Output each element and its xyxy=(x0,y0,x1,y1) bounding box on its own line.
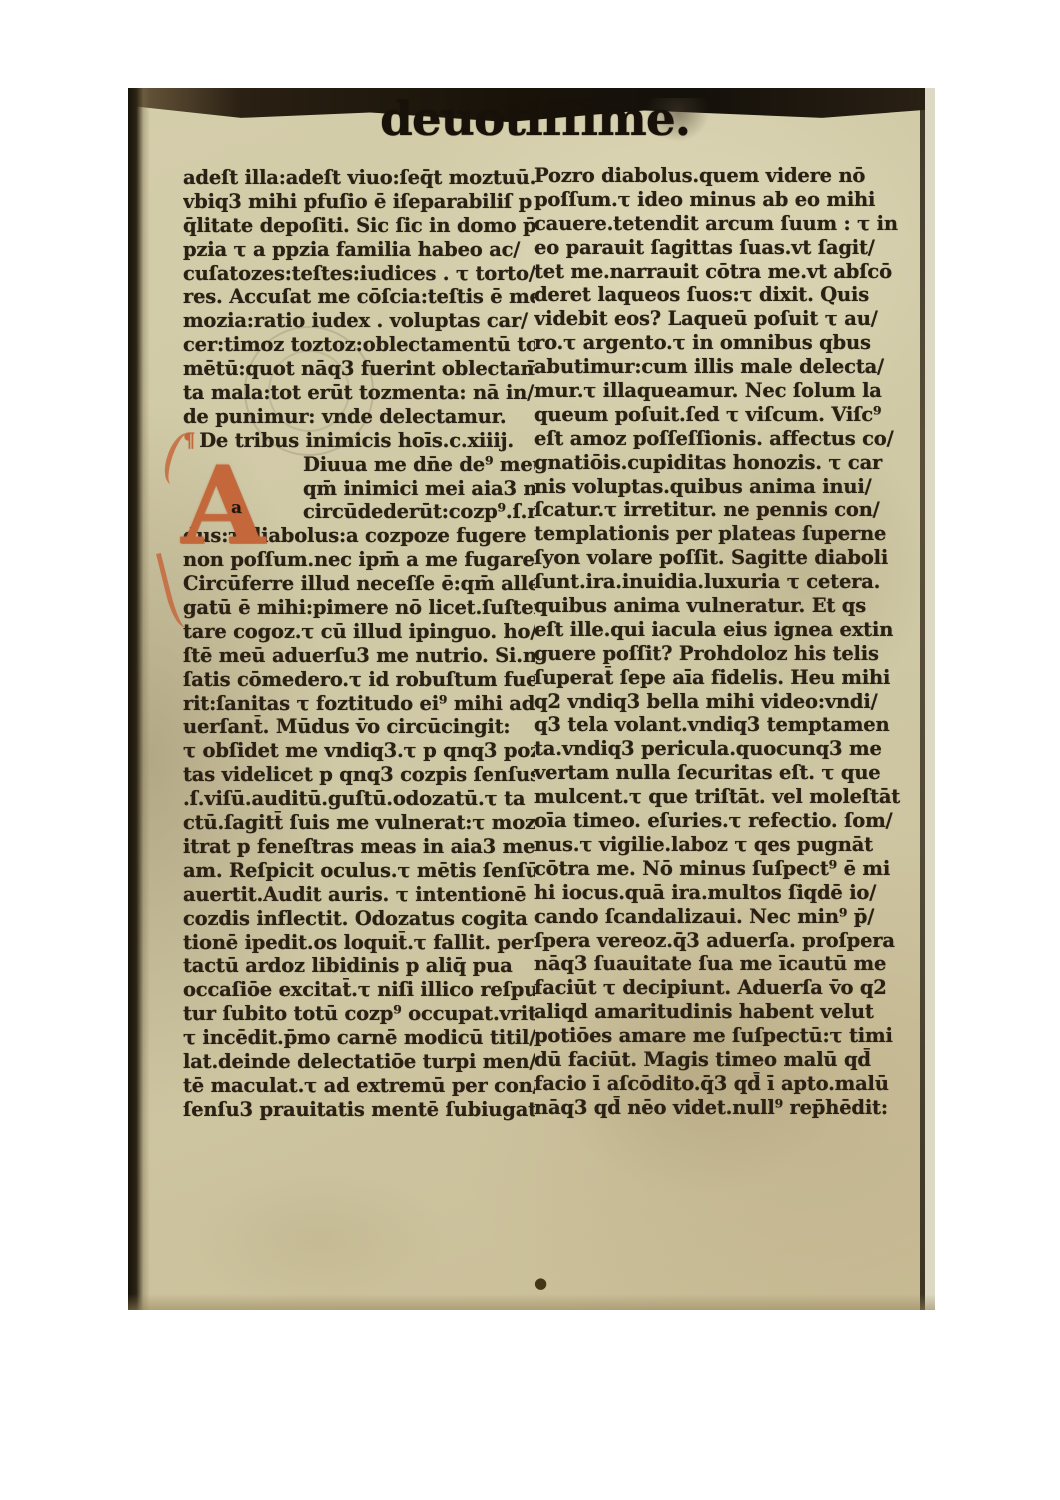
drop-cap-initial: A a xyxy=(181,454,299,572)
text-line: aliqd amaritudinis habent velut xyxy=(534,1000,908,1024)
left-paragraph-1: adeſt illa:adeſt viuo:ſeq̄t moztuū.vbiq3… xyxy=(183,166,535,429)
drop-cap-letter: A xyxy=(181,443,265,569)
text-line: Pozro diabolus.quem videre nō xyxy=(534,164,908,188)
text-line: Circūferre illud neceſſe ē:qm̄ alle/ xyxy=(183,572,535,596)
text-line: videbit eos? Laqueū poſuit τ au/ xyxy=(534,307,908,331)
text-line: ſunt.ira.inuidia.luxuria τ cetera. xyxy=(534,570,908,594)
text-line: ctū.ſagitt̄ ſuis me vulnerat:τ mozs xyxy=(183,811,535,835)
text-line: ſyon volare poſſit. Sagitte diaboli xyxy=(534,546,908,570)
text-line: pzia τ a ppzia familia habeo ac/ xyxy=(183,238,535,262)
text-line: q2 vndiq3 bella mihi video:vndi/ xyxy=(534,690,908,714)
text-line: facio ī aſcōdito.q̄3 qd̄ ī apto.malū xyxy=(534,1072,908,1096)
text-line: abutimur:cum illis male delecta/ xyxy=(534,355,908,379)
text-line: q3 tela volant.vndiq3 temptamen xyxy=(534,713,908,737)
text-line: quibus anima vulneratur. Et qs xyxy=(534,594,908,618)
text-line: res. Accuſat me cōſcia:teſtis ē me xyxy=(183,285,535,309)
text-line: .ſ.viſū.auditū.guſtū.odozatū.τ ta xyxy=(183,787,535,811)
text-line: de punimur: vnde delectamur. xyxy=(183,405,535,429)
text-line: cer:timoz toztoz:oblectamentū toz xyxy=(183,333,535,357)
text-line: tur ſubito totū cozp⁹ occupat.vrit xyxy=(183,1002,535,1026)
guide-letter: a xyxy=(231,500,242,517)
right-text-column: Pozro diabolus.quem videre nōpoſſum.τ id… xyxy=(534,164,908,1164)
text-line: itrat p feneſtras meas in aia3 me/ xyxy=(183,835,535,859)
text-line: ſpera vereoz.q̄3 aduerſa. proſpera xyxy=(534,929,908,953)
text-line: uerſant̄. Mūdus v̄o circūcingit: xyxy=(183,715,535,739)
text-line: ro.τ argento.τ in omnibus qbus xyxy=(534,331,908,355)
text-line: mur.τ illaqueamur. Nec ſolum la xyxy=(534,379,908,403)
text-line: cauere.tetendit arcum ſuum : τ in xyxy=(534,212,908,236)
left-paragraph-2: dus:τ diabolus:a cozpoze fugerenon poſſu… xyxy=(183,524,535,1121)
text-line: auertit.Audit auris. τ intentionē xyxy=(183,883,535,907)
paper-stain xyxy=(188,1168,448,1308)
left-text-column: adeſt illa:adeſt viuo:ſeq̄t moztuū.vbiq3… xyxy=(183,166,535,1166)
text-line: adeſt illa:adeſt viuo:ſeq̄t moztuū. xyxy=(183,166,535,190)
text-line: eo parauit ſagittas ſuas.vt ſagit/ xyxy=(534,236,908,260)
text-line: cuſatozes:teſtes:iudices . τ torto/ xyxy=(183,262,535,286)
text-line: rit:ſanitas τ foztitudo ei⁹ mihi ad xyxy=(183,692,535,716)
text-line: vbiq3 mihi pfuſio ē iſeparabiliſ p xyxy=(183,190,535,214)
page-header-title: deuotiſſime. xyxy=(380,92,710,150)
book-page-photo: deuotiſſime. adeſt illa:adeſt viuo:ſeq̄t… xyxy=(128,88,935,1310)
printer-dot: ● xyxy=(534,1276,548,1290)
text-line: eſt amoz poſſeſſionis. affectus co/ xyxy=(534,427,908,451)
text-line: deret laqueos ſuos:τ dixit. Quis xyxy=(534,283,908,307)
text-line: tas videlicet p qnq3 cozpis ſenſus xyxy=(183,763,535,787)
text-line: nus.τ vigilie.laboz τ qes pugnāt xyxy=(534,833,908,857)
text-line: nāq3 ſuauitate ſua me īcautū me xyxy=(534,952,908,976)
text-line: vertam nulla ſecuritas eſt. τ que xyxy=(534,761,908,785)
binding-shadow xyxy=(128,88,150,1310)
text-line: cando ſcandalizaui. Nec min⁹ p̄/ xyxy=(534,905,908,929)
text-line: eſt ille.qui iacula eius ignea extin xyxy=(534,618,908,642)
text-line: ſuperat̄ ſepe aīa fidelis. Heu mihi xyxy=(534,666,908,690)
text-line: dū faciūt. Magis timeo malū qd̄ xyxy=(534,1048,908,1072)
text-line: hi iocus.quā ira.multos ſiqdē io/ xyxy=(534,881,908,905)
text-line: tionē ipedit.os loquit̄.τ fallit. per xyxy=(183,931,535,955)
text-line: tare cogoz.τ cū illud ipinguo. ho/ xyxy=(183,620,535,644)
text-line: faciūt τ decipiunt. Aduerſa v̄o q2 xyxy=(534,976,908,1000)
text-line: nis voluptas.quibus anima inui/ xyxy=(534,475,908,499)
text-line: ſenſu3 prauitatis mentē ſubiugat. xyxy=(183,1098,535,1122)
text-line: τ incēdit.p̄mo carnē modicū titil/ xyxy=(183,1026,535,1050)
text-line: ſcatur.τ irretitur. ne pennis con/ xyxy=(534,498,908,522)
text-line: guere poſſit? Prohdoloz his telis xyxy=(534,642,908,666)
text-line: tē maculat.τ ad extremū per con/ xyxy=(183,1074,535,1098)
text-line: ta.vndiq3 pericula.quocunq3 me xyxy=(534,737,908,761)
text-line: ta mala:tot erūt tozmenta: nā in/ xyxy=(183,381,535,405)
screenshot-canvas: deuotiſſime. adeſt illa:adeſt viuo:ſeq̄t… xyxy=(0,0,1060,1500)
text-line: oīa timeo. eſuries.τ refectio. ſom/ xyxy=(534,809,908,833)
text-line: gnatiōis.cupiditas honozis. τ car xyxy=(534,451,908,475)
text-line: poſſum.τ ideo minus ab eo mihi xyxy=(534,188,908,212)
text-line: ſtē meū aduerſu3 me nutrio. Si.n. xyxy=(183,644,535,668)
text-line: mozia:ratio iudex . voluptas car/ xyxy=(183,309,535,333)
text-line: templationis per plateas ſuperne xyxy=(534,522,908,546)
text-line: gatū ē mihi:pimere nō licet.ſuſten xyxy=(183,596,535,620)
text-line: τ obſidet me vndiq3.τ p qnq3 poz xyxy=(183,739,535,763)
text-line: mētū:quot nāq3 fuerint oblectam̄ xyxy=(183,357,535,381)
text-line: queum poſuit.ſed τ viſcum. Viſc⁹ xyxy=(534,403,908,427)
text-line: cozdis inflectit. Odozatus cogita xyxy=(183,907,535,931)
text-line: occaſiōe excitat̄.τ niſi illico reſpua xyxy=(183,978,535,1002)
text-line: nāq3 qd̄ nēo videt.null⁹ rep̄hēdit: xyxy=(534,1096,908,1120)
text-line: mulcent.τ que triſtāt. vel moleſtāt xyxy=(534,785,908,809)
text-line: tactū ardoz libidinis p aliq̄ pua xyxy=(183,954,535,978)
text-line: tet me.narrauit cōtra me.vt abſcō xyxy=(534,260,908,284)
text-line: ſatis cōmedero.τ id robuſtum fue xyxy=(183,668,535,692)
text-line: potiōes amare me ſuſpectū:τ timi xyxy=(534,1024,908,1048)
text-line: cōtra me. Nō minus ſuſpect⁹ ē mi xyxy=(534,857,908,881)
text-line: am. Reſpicit oculus.τ mētis ſenſū xyxy=(183,859,535,883)
text-line: q̄litate depoſiti. Sic ſic in domo p̄ xyxy=(183,214,535,238)
text-line: lat.deinde delectatiōe turpi men/ xyxy=(183,1050,535,1074)
